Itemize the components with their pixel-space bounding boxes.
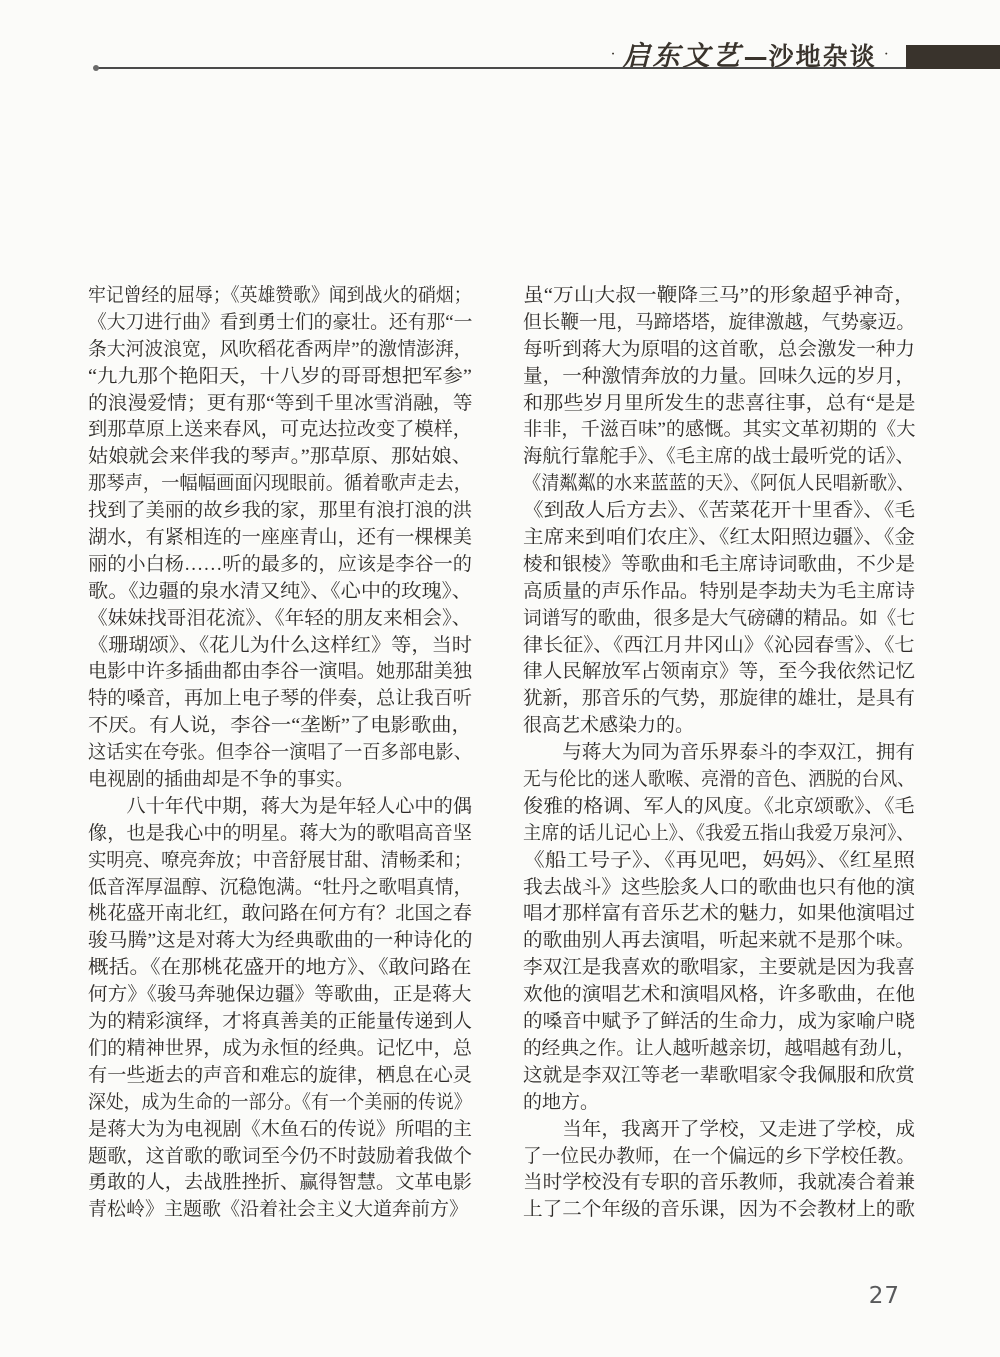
text-line-content: 但长鞭一甩，马蹄塔塔，旋律激越，气势豪迈。 bbox=[523, 310, 915, 337]
text-line-content: 八十年代中期，蒋大为是年轻人心中的偶 bbox=[88, 794, 472, 821]
text-line: 棱和银棱》等歌曲和毛主席诗词歌曲，不少是 bbox=[523, 552, 915, 579]
text-line: 《船工号子》、《再见吧，妈妈》、《红星照 bbox=[523, 848, 915, 875]
text-line-content: 湖水，有紧相连的一座座青山，还有一棵棵美 bbox=[88, 525, 472, 552]
text-line-content: 特的嗓音，再加上电子琴的伴奏，总让我百听 bbox=[88, 686, 472, 713]
text-line: 高质量的声乐作品。特别是李劫夫为毛主席诗 bbox=[523, 579, 915, 606]
text-line-content: 深处，成为生命的一部分。《有一个美丽的传说》 bbox=[88, 1090, 472, 1117]
magazine-page: ·启东文艺—沙地杂谈· 牢记曾经的屈辱；《英雄赞歌》闻到战火的硝烟；《大刀进行曲… bbox=[0, 0, 1000, 1357]
text-line-content: 们的精神世界，成为永恒的经典。记忆中，总 bbox=[88, 1036, 472, 1063]
text-line: 《到敌人后方去》、《苦菜花开十里香》、《毛 bbox=[523, 498, 915, 525]
text-line: 这话实在夸张。但李谷一演唱了一百多部电影、 bbox=[88, 740, 472, 767]
text-line: 与蒋大为同为音乐界泰斗的李双江，拥有 bbox=[523, 740, 915, 767]
text-line-content: 犹新，那音乐的气势，那旋律的雄壮，是具有 bbox=[523, 686, 915, 713]
text-line: 的浪漫爱情；更有那“等到千里冰雪消融，等 bbox=[88, 391, 472, 418]
text-line: 骏马腾”这是对蒋大为经典歌曲的一种诗化的 bbox=[88, 928, 472, 955]
text-line: 词谱写的歌曲，很多是大气磅礴的精品。如《七 bbox=[523, 606, 915, 633]
text-line-content: 《清粼粼的水来蓝蓝的天》、《阿佤人民唱新歌》、 bbox=[523, 471, 915, 498]
text-line-content: 律人民解放军占领南京》等，至今我依然记忆 bbox=[523, 659, 915, 686]
text-line-content: 了一位民办教师，在一个偏远的乡下学校任教。 bbox=[523, 1144, 915, 1171]
text-line-content: 虽“万山大叔一鞭降三马”的形象超乎神奇， bbox=[523, 283, 915, 310]
text-line-content: 低音浑厚温醇、沉稳饱满。“牡丹之歌唱真情， bbox=[88, 875, 472, 902]
text-line: 那琴声，一幅幅画面闪现眼前。循着歌声走去， bbox=[88, 471, 472, 498]
text-line-content: 唱才那样富有音乐艺术的魅力，如果他演唱过 bbox=[523, 901, 915, 928]
text-line-content: 条大河波浪宽，风吹稻花香两岸”的激情澎湃， bbox=[88, 337, 472, 364]
text-line: 非非，千滋百味”的感慨。其实文革初期的《大 bbox=[523, 417, 915, 444]
text-line-content: 律长征》、《西江月井冈山》《沁园春雪》、《七 bbox=[523, 633, 914, 660]
text-line: 到那草原上送来春风，可克达拉改变了模样， bbox=[88, 417, 472, 444]
text-line: 当时学校没有专职的音乐教师，我就凑合着兼 bbox=[523, 1170, 915, 1197]
text-line-content: 量，一种激情奔放的力量。回味久远的岁月， bbox=[523, 364, 915, 391]
text-line-content: 为的精彩演绎，才将真善美的正能量传递到人 bbox=[88, 1009, 472, 1036]
text-line-content: 主席来到咱们农庄》、《红太阳照边疆》、《金 bbox=[523, 525, 915, 552]
text-line: 主席来到咱们农庄》、《红太阳照边疆》、《金 bbox=[523, 525, 915, 552]
text-line-content: 电影中许多插曲都由李谷一演唱。她那甜美独 bbox=[88, 659, 472, 686]
text-line-content: 《珊瑚颂》、《花儿为什么这样红》等，当时 bbox=[88, 633, 472, 660]
text-line: 不厌。有人说，李谷一“垄断”了电影歌曲， bbox=[88, 713, 472, 740]
text-line-content: 姑娘就会来伴我的琴声。”那草原、那姑娘、 bbox=[88, 444, 472, 471]
text-line: 俊雅的格调、军人的风度。《北京颂歌》、《毛 bbox=[523, 794, 915, 821]
text-line-content: “九九那个艳阳天，十八岁的哥哥想把军参” bbox=[88, 364, 472, 391]
text-line-content: 《到敌人后方去》、《苦菜花开十里香》、《毛 bbox=[523, 498, 915, 525]
text-line: 每听到蒋大为原唱的这首歌，总会激发一种力 bbox=[523, 337, 915, 364]
text-line-content: 《妹妹找哥泪花流》、《年轻的朋友来相会》、 bbox=[88, 606, 471, 633]
text-line-content: 高质量的声乐作品。特别是李劫夫为毛主席诗 bbox=[523, 579, 915, 606]
text-line: 我去战斗》这些脍炙人口的歌曲也只有他的演 bbox=[523, 875, 915, 902]
text-line-content: 词谱写的歌曲，很多是大气磅礴的精品。如《七 bbox=[523, 606, 915, 633]
text-line-content: 的歌曲别人再去演唱，听起来就不是那个味。 bbox=[523, 928, 915, 955]
text-line-content: 上了二个年级的音乐课，因为不会教材上的歌 bbox=[523, 1197, 915, 1224]
text-line: 这就是李双江等老一辈歌唱家令我佩服和欣赏 bbox=[523, 1063, 915, 1090]
text-line-content: 是蒋大为为电视剧《木鱼石的传说》所唱的主 bbox=[88, 1117, 472, 1144]
text-line-content: 的地方。 bbox=[523, 1090, 599, 1117]
text-line-content: 《船工号子》、《再见吧，妈妈》、《红星照 bbox=[523, 848, 915, 875]
header-rule bbox=[95, 67, 906, 69]
text-line: 李双江是我喜欢的歌唱家，主要就是因为我喜 bbox=[523, 955, 915, 982]
text-line: 的嗓音中赋予了鲜活的生命力，成为家喻户晓 bbox=[523, 1009, 915, 1036]
text-line: 为的精彩演绎，才将真善美的正能量传递到人 bbox=[88, 1009, 472, 1036]
text-line: 犹新，那音乐的气势，那旋律的雄壮，是具有 bbox=[523, 686, 915, 713]
text-line: 量，一种激情奔放的力量。回味久远的岁月， bbox=[523, 364, 915, 391]
text-line-content: 像，也是我心中的明星。蒋大为的歌唱高音坚 bbox=[88, 821, 472, 848]
text-line: 歌。《边疆的泉水清又纯》、《心中的玫瑰》、 bbox=[88, 579, 472, 606]
article-body: 牢记曾经的屈辱；《英雄赞歌》闻到战火的硝烟；《大刀进行曲》看到勇士们的豪壮。还有… bbox=[88, 283, 915, 1224]
text-line-content: 和那些岁月里所发生的悲喜往事，总有“是是 bbox=[523, 391, 915, 418]
text-line-content: 实明亮、嘹亮奔放；中音舒展甘甜、清畅柔和； bbox=[88, 848, 472, 875]
text-line-content: 丽的小白杨……听的最多的，应该是李谷一的 bbox=[88, 552, 472, 579]
text-line: 湖水，有紧相连的一座座青山，还有一棵棵美 bbox=[88, 525, 472, 552]
text-line: 《珊瑚颂》、《花儿为什么这样红》等，当时 bbox=[88, 633, 472, 660]
text-line-content: 无与伦比的迷人歌喉、亮滑的音色、洒脱的台风、 bbox=[523, 767, 915, 794]
page-header-title: ·启东文艺—沙地杂谈· bbox=[603, 41, 896, 75]
text-line: 和那些岁月里所发生的悲喜往事，总有“是是 bbox=[523, 391, 915, 418]
text-line-content: 骏马腾”这是对蒋大为经典歌曲的一种诗化的 bbox=[88, 928, 472, 955]
text-line: 有一些逝去的声音和难忘的旋律，栖息在心灵 bbox=[88, 1063, 472, 1090]
text-line-content: 的浪漫爱情；更有那“等到千里冰雪消融，等 bbox=[88, 391, 472, 418]
text-line-content: 这就是李双江等老一辈歌唱家令我佩服和欣赏 bbox=[523, 1063, 915, 1090]
text-line-content: 当时学校没有专职的音乐教师，我就凑合着兼 bbox=[523, 1170, 915, 1197]
text-line-content: 与蒋大为同为音乐界泰斗的李双江，拥有 bbox=[523, 740, 915, 767]
text-line: 低音浑厚温醇、沉稳饱满。“牡丹之歌唱真情， bbox=[88, 875, 472, 902]
text-line: 了一位民办教师，在一个偏远的乡下学校任教。 bbox=[523, 1144, 915, 1171]
text-line-content: 的经典之作。让人越听越亲切，越唱越有劲儿， bbox=[523, 1036, 915, 1063]
text-line: 上了二个年级的音乐课，因为不会教材上的歌 bbox=[523, 1197, 915, 1224]
text-line: 但长鞭一甩，马蹄塔塔，旋律激越，气势豪迈。 bbox=[523, 310, 915, 337]
text-line-content: 桃花盛开南北红，敢问路在何方有？北国之春 bbox=[88, 901, 472, 928]
text-line: 是蒋大为为电视剧《木鱼石的传说》所唱的主 bbox=[88, 1117, 472, 1144]
text-line-content: 当年，我离开了学校，又走进了学校，成 bbox=[523, 1117, 915, 1144]
text-line-content: 海航行靠舵手》、《毛主席的战士最听党的话》、 bbox=[523, 444, 915, 471]
text-line: 青松岭》主题歌《沿着社会主义大道奔前方》 bbox=[88, 1197, 472, 1224]
text-line: 实明亮、嘹亮奔放；中音舒展甘甜、清畅柔和； bbox=[88, 848, 472, 875]
text-line-content: 棱和银棱》等歌曲和毛主席诗词歌曲，不少是 bbox=[523, 552, 915, 579]
text-line: 像，也是我心中的明星。蒋大为的歌唱高音坚 bbox=[88, 821, 472, 848]
text-line: 桃花盛开南北红，敢问路在何方有？北国之春 bbox=[88, 901, 472, 928]
text-line-content: 俊雅的格调、军人的风度。《北京颂歌》、《毛 bbox=[523, 794, 914, 821]
text-line: 八十年代中期，蒋大为是年轻人心中的偶 bbox=[88, 794, 472, 821]
text-line-content: 我去战斗》这些脍炙人口的歌曲也只有他的演 bbox=[523, 875, 915, 902]
text-line: 虽“万山大叔一鞭降三马”的形象超乎神奇， bbox=[523, 283, 915, 310]
text-column-right: 虽“万山大叔一鞭降三马”的形象超乎神奇，但长鞭一甩，马蹄塔塔，旋律激越，气势豪迈… bbox=[523, 283, 915, 1224]
text-line-content: 主席的话儿记心上》、《我爱五指山我爱万泉河》、 bbox=[523, 821, 915, 848]
text-line: 律长征》、《西江月井冈山》《沁园春雪》、《七 bbox=[523, 633, 915, 660]
text-line-content: 每听到蒋大为原唱的这首歌，总会激发一种力 bbox=[523, 337, 915, 364]
text-line-content: 题歌，这首歌的歌词至今仍不时鼓励着我做个 bbox=[88, 1144, 472, 1171]
text-line: 特的嗓音，再加上电子琴的伴奏，总让我百听 bbox=[88, 686, 472, 713]
text-line: 《清粼粼的水来蓝蓝的天》、《阿佤人民唱新歌》、 bbox=[523, 471, 915, 498]
text-line-content: 找到了美丽的故乡我的家，那里有浪打浪的洪 bbox=[88, 498, 472, 525]
text-line-content: 不厌。有人说，李谷一“垄断”了电影歌曲， bbox=[88, 713, 472, 740]
text-line-content: 歌。《边疆的泉水清又纯》、《心中的玫瑰》、 bbox=[88, 579, 472, 606]
text-line-content: 那琴声，一幅幅画面闪现眼前。循着歌声走去， bbox=[88, 471, 472, 498]
text-line-content: 青松岭》主题歌《沿着社会主义大道奔前方》 bbox=[88, 1197, 468, 1224]
header-right-dot-icon: · bbox=[884, 46, 889, 63]
text-line: 条大河波浪宽，风吹稻花香两岸”的激情澎湃， bbox=[88, 337, 472, 364]
page-number: 27 bbox=[869, 1283, 900, 1309]
text-column-left: 牢记曾经的屈辱；《英雄赞歌》闻到战火的硝烟；《大刀进行曲》看到勇士们的豪壮。还有… bbox=[88, 283, 472, 1224]
text-line: 的地方。 bbox=[523, 1090, 915, 1117]
text-line: 《妹妹找哥泪花流》、《年轻的朋友来相会》、 bbox=[88, 606, 472, 633]
text-line-content: 到那草原上送来春风，可克达拉改变了模样， bbox=[88, 417, 472, 444]
text-line-content: 概括。《在那桃花盛开的地方》、《敢问路在 bbox=[88, 955, 471, 982]
text-line: 们的精神世界，成为永恒的经典。记忆中，总 bbox=[88, 1036, 472, 1063]
text-line-content: 《大刀进行曲》看到勇士们的豪壮。还有那“一 bbox=[88, 310, 472, 337]
text-line-content: 很高艺术感染力的。 bbox=[523, 713, 694, 740]
text-line: 当年，我离开了学校，又走进了学校，成 bbox=[523, 1117, 915, 1144]
text-line: 无与伦比的迷人歌喉、亮滑的音色、洒脱的台风、 bbox=[523, 767, 915, 794]
text-line: 电影中许多插曲都由李谷一演唱。她那甜美独 bbox=[88, 659, 472, 686]
text-line: 的经典之作。让人越听越亲切，越唱越有劲儿， bbox=[523, 1036, 915, 1063]
header-left-dot-icon: · bbox=[610, 46, 615, 63]
text-line-content: 李双江是我喜欢的歌唱家，主要就是因为我喜 bbox=[523, 955, 915, 982]
text-line: 何方》《骏马奔驰保边疆》等歌曲，正是蒋大 bbox=[88, 982, 472, 1009]
text-line: 丽的小白杨……听的最多的，应该是李谷一的 bbox=[88, 552, 472, 579]
text-line: 电视剧的插曲却是不争的事实。 bbox=[88, 767, 472, 794]
text-line-content: 牢记曾经的屈辱；《英雄赞歌》闻到战火的硝烟； bbox=[88, 283, 472, 310]
text-line-content: 这话实在夸张。但李谷一演唱了一百多部电影、 bbox=[88, 740, 472, 767]
text-line: 《大刀进行曲》看到勇士们的豪壮。还有那“一 bbox=[88, 310, 472, 337]
text-line: 姑娘就会来伴我的琴声。”那草原、那姑娘、 bbox=[88, 444, 472, 471]
text-line-content: 有一些逝去的声音和难忘的旋律，栖息在心灵 bbox=[88, 1063, 472, 1090]
text-line: 题歌，这首歌的歌词至今仍不时鼓励着我做个 bbox=[88, 1144, 472, 1171]
header-corner-block bbox=[906, 45, 1000, 69]
text-line: 海航行靠舵手》、《毛主席的战士最听党的话》、 bbox=[523, 444, 915, 471]
text-line: 深处，成为生命的一部分。《有一个美丽的传说》 bbox=[88, 1090, 472, 1117]
text-line-content: 勇敢的人，去战胜挫折、赢得智慧。文革电影 bbox=[88, 1170, 472, 1197]
text-line: 唱才那样富有音乐艺术的魅力，如果他演唱过 bbox=[523, 901, 915, 928]
text-line: 很高艺术感染力的。 bbox=[523, 713, 915, 740]
text-line: 找到了美丽的故乡我的家，那里有浪打浪的洪 bbox=[88, 498, 472, 525]
text-line: 主席的话儿记心上》、《我爱五指山我爱万泉河》、 bbox=[523, 821, 915, 848]
text-line-content: 的嗓音中赋予了鲜活的生命力，成为家喻户晓 bbox=[523, 1009, 915, 1036]
text-line: 勇敢的人，去战胜挫折、赢得智慧。文革电影 bbox=[88, 1170, 472, 1197]
text-line-content: 电视剧的插曲却是不争的事实。 bbox=[88, 767, 354, 794]
text-line: 欢他的演唱艺术和演唱风格，许多歌曲，在他 bbox=[523, 982, 915, 1009]
text-line: 概括。《在那桃花盛开的地方》、《敢问路在 bbox=[88, 955, 472, 982]
text-line: “九九那个艳阳天，十八岁的哥哥想把军参” bbox=[88, 364, 472, 391]
text-line-content: 非非，千滋百味”的感慨。其实文革初期的《大 bbox=[523, 417, 915, 444]
text-line-content: 欢他的演唱艺术和演唱风格，许多歌曲，在他 bbox=[523, 982, 915, 1009]
text-line: 的歌曲别人再去演唱，听起来就不是那个味。 bbox=[523, 928, 915, 955]
text-line-content: 何方》《骏马奔驰保边疆》等歌曲，正是蒋大 bbox=[88, 982, 471, 1009]
text-line: 律人民解放军占领南京》等，至今我依然记忆 bbox=[523, 659, 915, 686]
text-line: 牢记曾经的屈辱；《英雄赞歌》闻到战火的硝烟； bbox=[88, 283, 472, 310]
